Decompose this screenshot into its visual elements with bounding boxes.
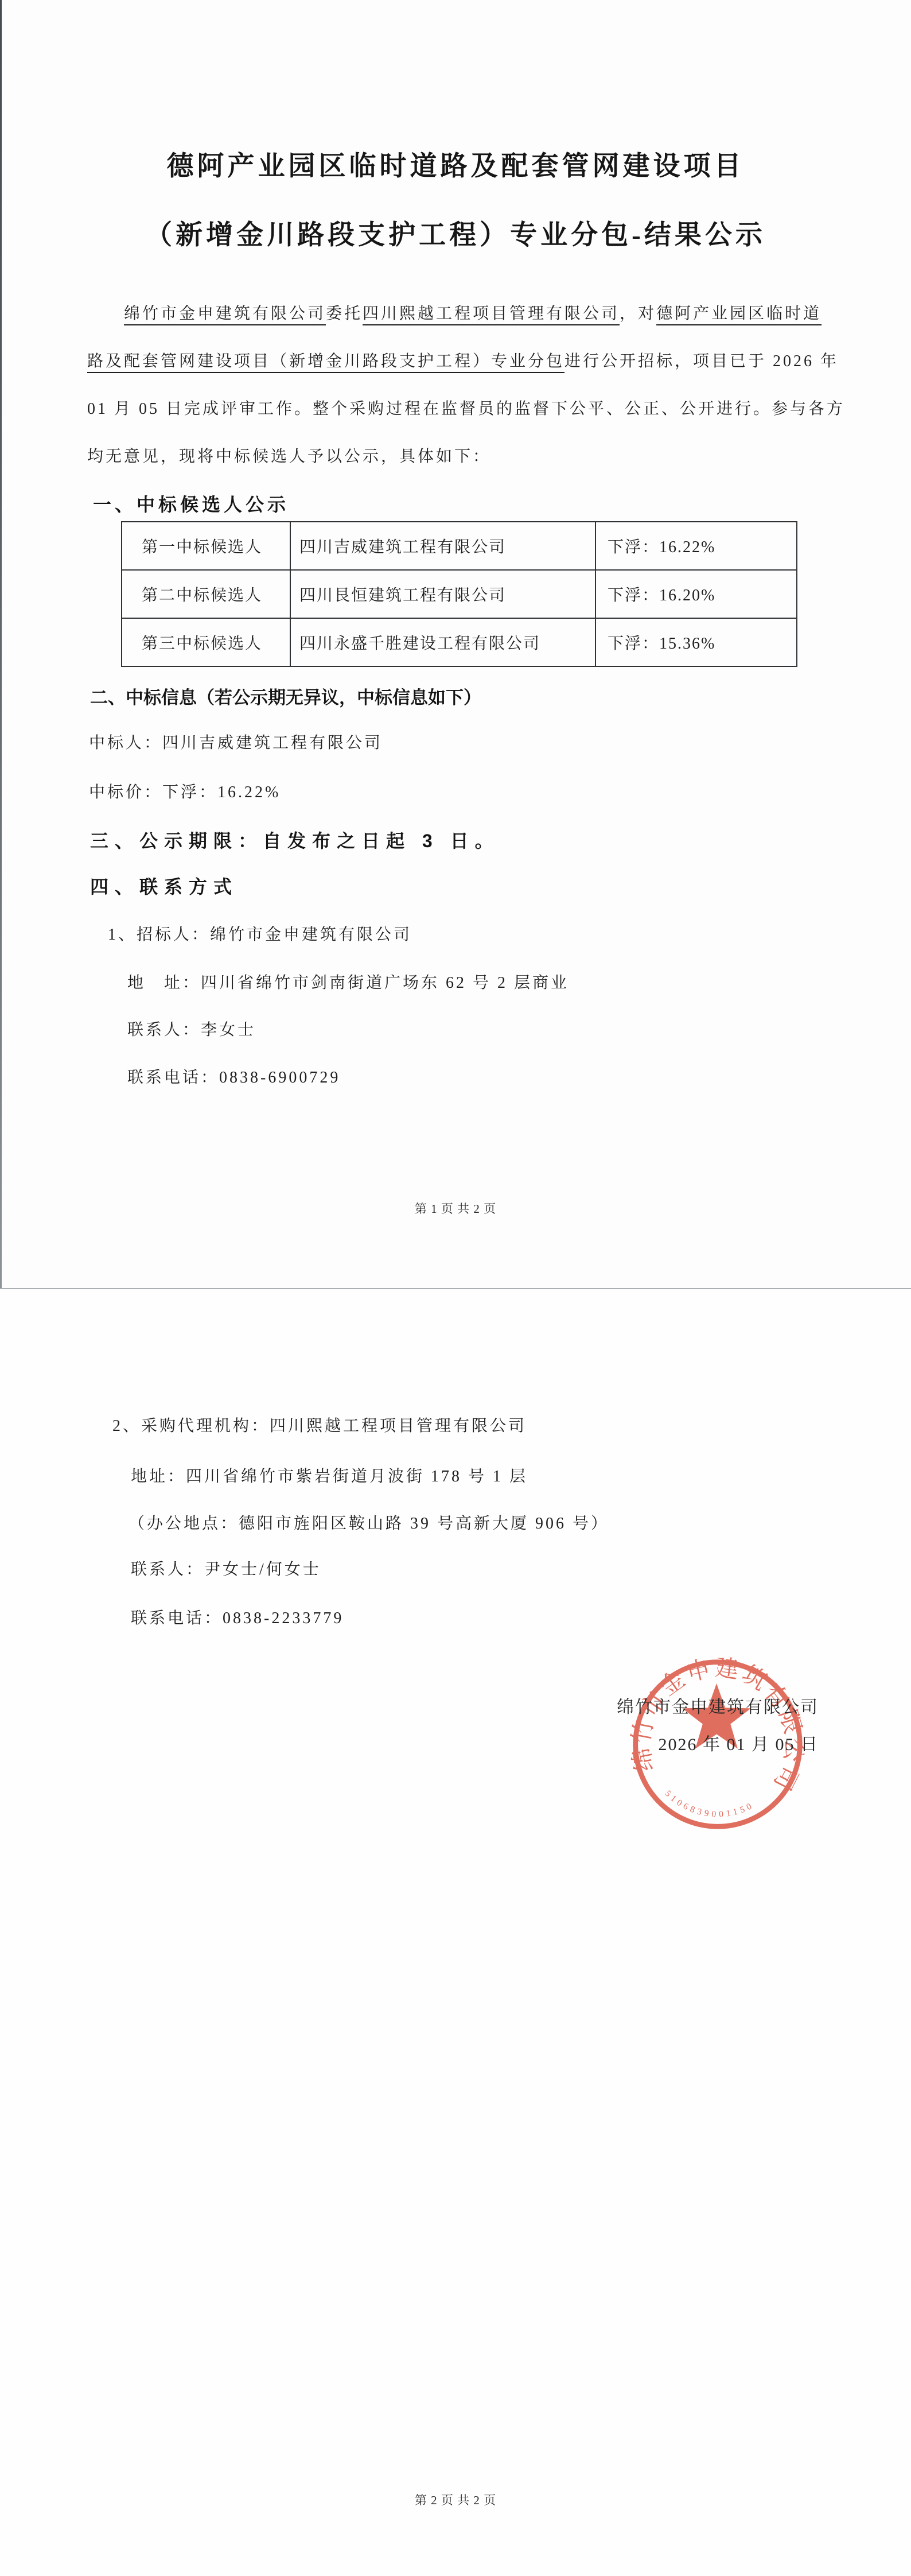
document-title-line2: （新增金川路段支护工程）专业分包-结果公示 — [0, 214, 911, 252]
section-1-heading: 一、中标候选人公示 — [93, 490, 289, 517]
underlined-text: 德阿产业园区临时道 — [656, 305, 822, 323]
tenderee-address: 地 址：四川省绵竹市剑南街道广场东 62 号 2 层商业 — [127, 970, 569, 993]
text-run: 01 月 05 日完成评审工作。整个采购过程在监督员的监督下公平、公正、公开进行… — [87, 400, 845, 418]
candidates-table: 第一中标候选人四川吉威建筑工程有限公司下浮：16.22%第二中标候选人四川艮恒建… — [121, 521, 797, 667]
tenderee-contact: 联系人：李女士 — [127, 1017, 256, 1040]
tenderee-phone: 联系电话：0838-6900729 — [127, 1065, 340, 1088]
paragraph-line: 路及配套管网建设项目（新增金川路段支护工程）专业分包进行公开招标，项目已于 20… — [87, 337, 839, 385]
tenderee-line: 1、招标人：绵竹市金申建筑有限公司 — [108, 922, 412, 945]
agency-line: 2、采购代理机构：四川熙越工程项目管理有限公司 — [112, 1413, 527, 1436]
underlined-text: 四川熙越工程项目管理有限公司 — [363, 305, 620, 323]
paragraph-line: 01 月 05 日完成评审工作。整个采购过程在监督员的监督下公平、公正、公开进行… — [87, 385, 839, 433]
paragraph-line: 均无意见，现将中标候选人予以公示，具体如下： — [87, 433, 839, 480]
winning-price-line: 中标价：下浮：16.22% — [89, 779, 281, 802]
section-2-heading: 二、中标信息（若公示期无异议，中标信息如下） — [90, 683, 481, 709]
signature-date: 2026 年 01 月 05 日 — [617, 1726, 819, 1763]
underlined-text: 路及配套管网建设项目（新增金川路段支护工程）专业分包 — [87, 352, 564, 370]
scan-edge-artifact — [0, 0, 2, 1288]
agency-contact: 联系人：尹女士/何女士 — [131, 1557, 321, 1580]
text-run: 进行公开招标，项目已于 2026 年 — [564, 352, 839, 370]
table-cell: 四川艮恒建筑工程有限公司 — [290, 570, 595, 618]
signature-company: 绵竹市金申建筑有限公司 — [617, 1689, 819, 1726]
text-run: 委托 — [326, 305, 363, 323]
table-cell: 第二中标候选人 — [122, 570, 290, 618]
underlined-text: 绵竹市金申建筑有限公司 — [124, 305, 326, 323]
signature-block: 绵竹市金申建筑有限公司 2026 年 01 月 05 日 — [617, 1689, 819, 1763]
paragraph-line: 绵竹市金申建筑有限公司委托四川熙越工程项目管理有限公司，对德阿产业园区临时道 — [87, 290, 839, 337]
agency-address: 地址：四川省绵竹市紫岩街道月波街 178 号 1 层 — [131, 1464, 528, 1487]
page-1-footer: 第 1 页 共 2 页 — [0, 1200, 911, 1217]
section-3-heading: 三、公示期限：自发布之日起 3 日。 — [90, 827, 500, 853]
page-1: 德阿产业园区临时道路及配套管网建设项目 （新增金川路段支护工程）专业分包-结果公… — [0, 0, 911, 1289]
section-4-heading: 四、联系方式 — [90, 872, 238, 899]
table-cell: 第一中标候选人 — [122, 522, 290, 570]
table-cell: 第三中标候选人 — [122, 618, 290, 666]
table-cell: 四川吉威建筑工程有限公司 — [290, 522, 595, 570]
table-row: 第三中标候选人四川永盛千胜建设工程有限公司下浮：15.36% — [122, 618, 797, 666]
scanned-document: { "document": { "title_line1": "德阿产业园区临时… — [0, 0, 911, 2576]
seal-number: 5106839001150 — [661, 1788, 757, 1825]
intro-paragraph: 绵竹市金申建筑有限公司委托四川熙越工程项目管理有限公司，对德阿产业园区临时道路及… — [87, 290, 839, 480]
text-run: 均无意见，现将中标候选人予以公示，具体如下： — [87, 448, 491, 465]
text-run: ，对 — [620, 305, 656, 323]
table-cell: 下浮：15.36% — [595, 618, 797, 666]
document-title-line1: 德阿产业园区临时道路及配套管网建设项目 — [0, 145, 911, 183]
table-row: 第二中标候选人四川艮恒建筑工程有限公司下浮：16.20% — [122, 570, 797, 618]
page-2: 2、采购代理机构：四川熙越工程项目管理有限公司 地址：四川省绵竹市紫岩街道月波街… — [0, 1289, 911, 2576]
table-cell: 四川永盛千胜建设工程有限公司 — [290, 618, 595, 666]
table-cell: 下浮：16.20% — [595, 570, 797, 618]
table-row: 第一中标候选人四川吉威建筑工程有限公司下浮：16.22% — [122, 522, 797, 570]
agency-phone: 联系电话：0838-2233779 — [131, 1605, 344, 1628]
agency-office-location: （办公地点：德阳市旌阳区鞍山路 39 号高新大厦 906 号） — [129, 1511, 609, 1534]
table-cell: 下浮：16.22% — [595, 522, 797, 570]
candidates-table-body: 第一中标候选人四川吉威建筑工程有限公司下浮：16.22%第二中标候选人四川艮恒建… — [122, 522, 797, 666]
winner-line: 中标人：四川吉威建筑工程有限公司 — [89, 730, 383, 753]
page-2-footer: 第 2 页 共 2 页 — [0, 2491, 911, 2508]
